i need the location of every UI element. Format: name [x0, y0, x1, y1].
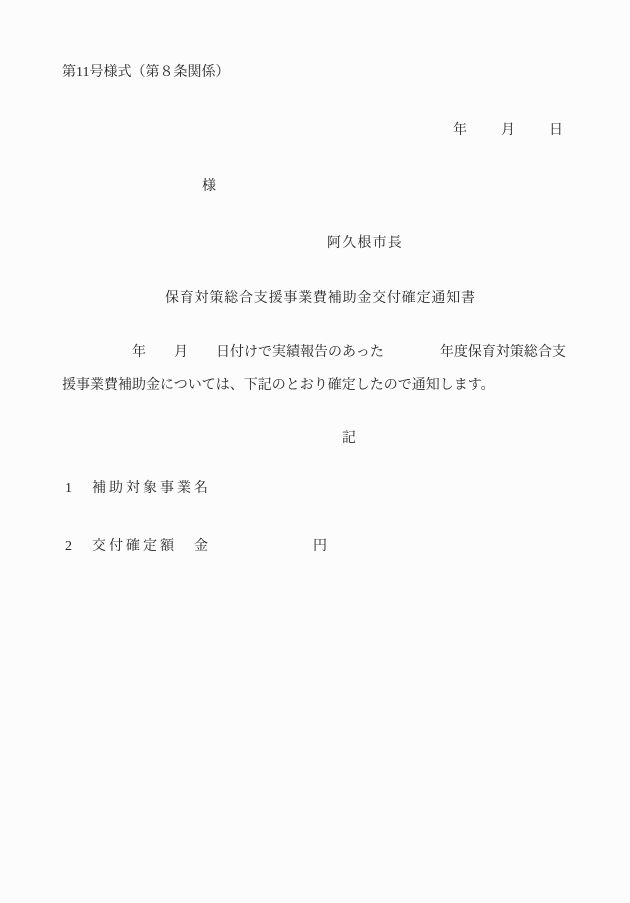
document-page: 第11号様式（第８条関係） 年 月 日 様 阿久根市長 保育対策総合支援事業費補…	[0, 0, 630, 903]
document-title: 保育対策総合支援事業費補助金交付確定通知書	[165, 289, 476, 309]
sender-title: 阿久根市長	[327, 234, 403, 254]
date-line: 年 月 日	[453, 121, 565, 141]
body-paragraph-line-2: 援事業費補助金については、下記のとおり確定したので通知します。	[62, 376, 495, 396]
addressee-suffix: 様	[202, 177, 216, 197]
item-2-label: 交付確定額 金 円	[92, 537, 330, 557]
form-number-label: 第11号様式（第８条関係）	[62, 63, 229, 83]
record-marker: 記	[342, 429, 356, 449]
body-paragraph-line-1: 年 月 日付けで実績報告のあった 年度保育対策総合支	[62, 343, 566, 363]
item-1-label: 補助対象事業名	[92, 479, 211, 499]
item-2-number: 2	[65, 537, 75, 557]
item-1-number: 1	[65, 479, 75, 499]
